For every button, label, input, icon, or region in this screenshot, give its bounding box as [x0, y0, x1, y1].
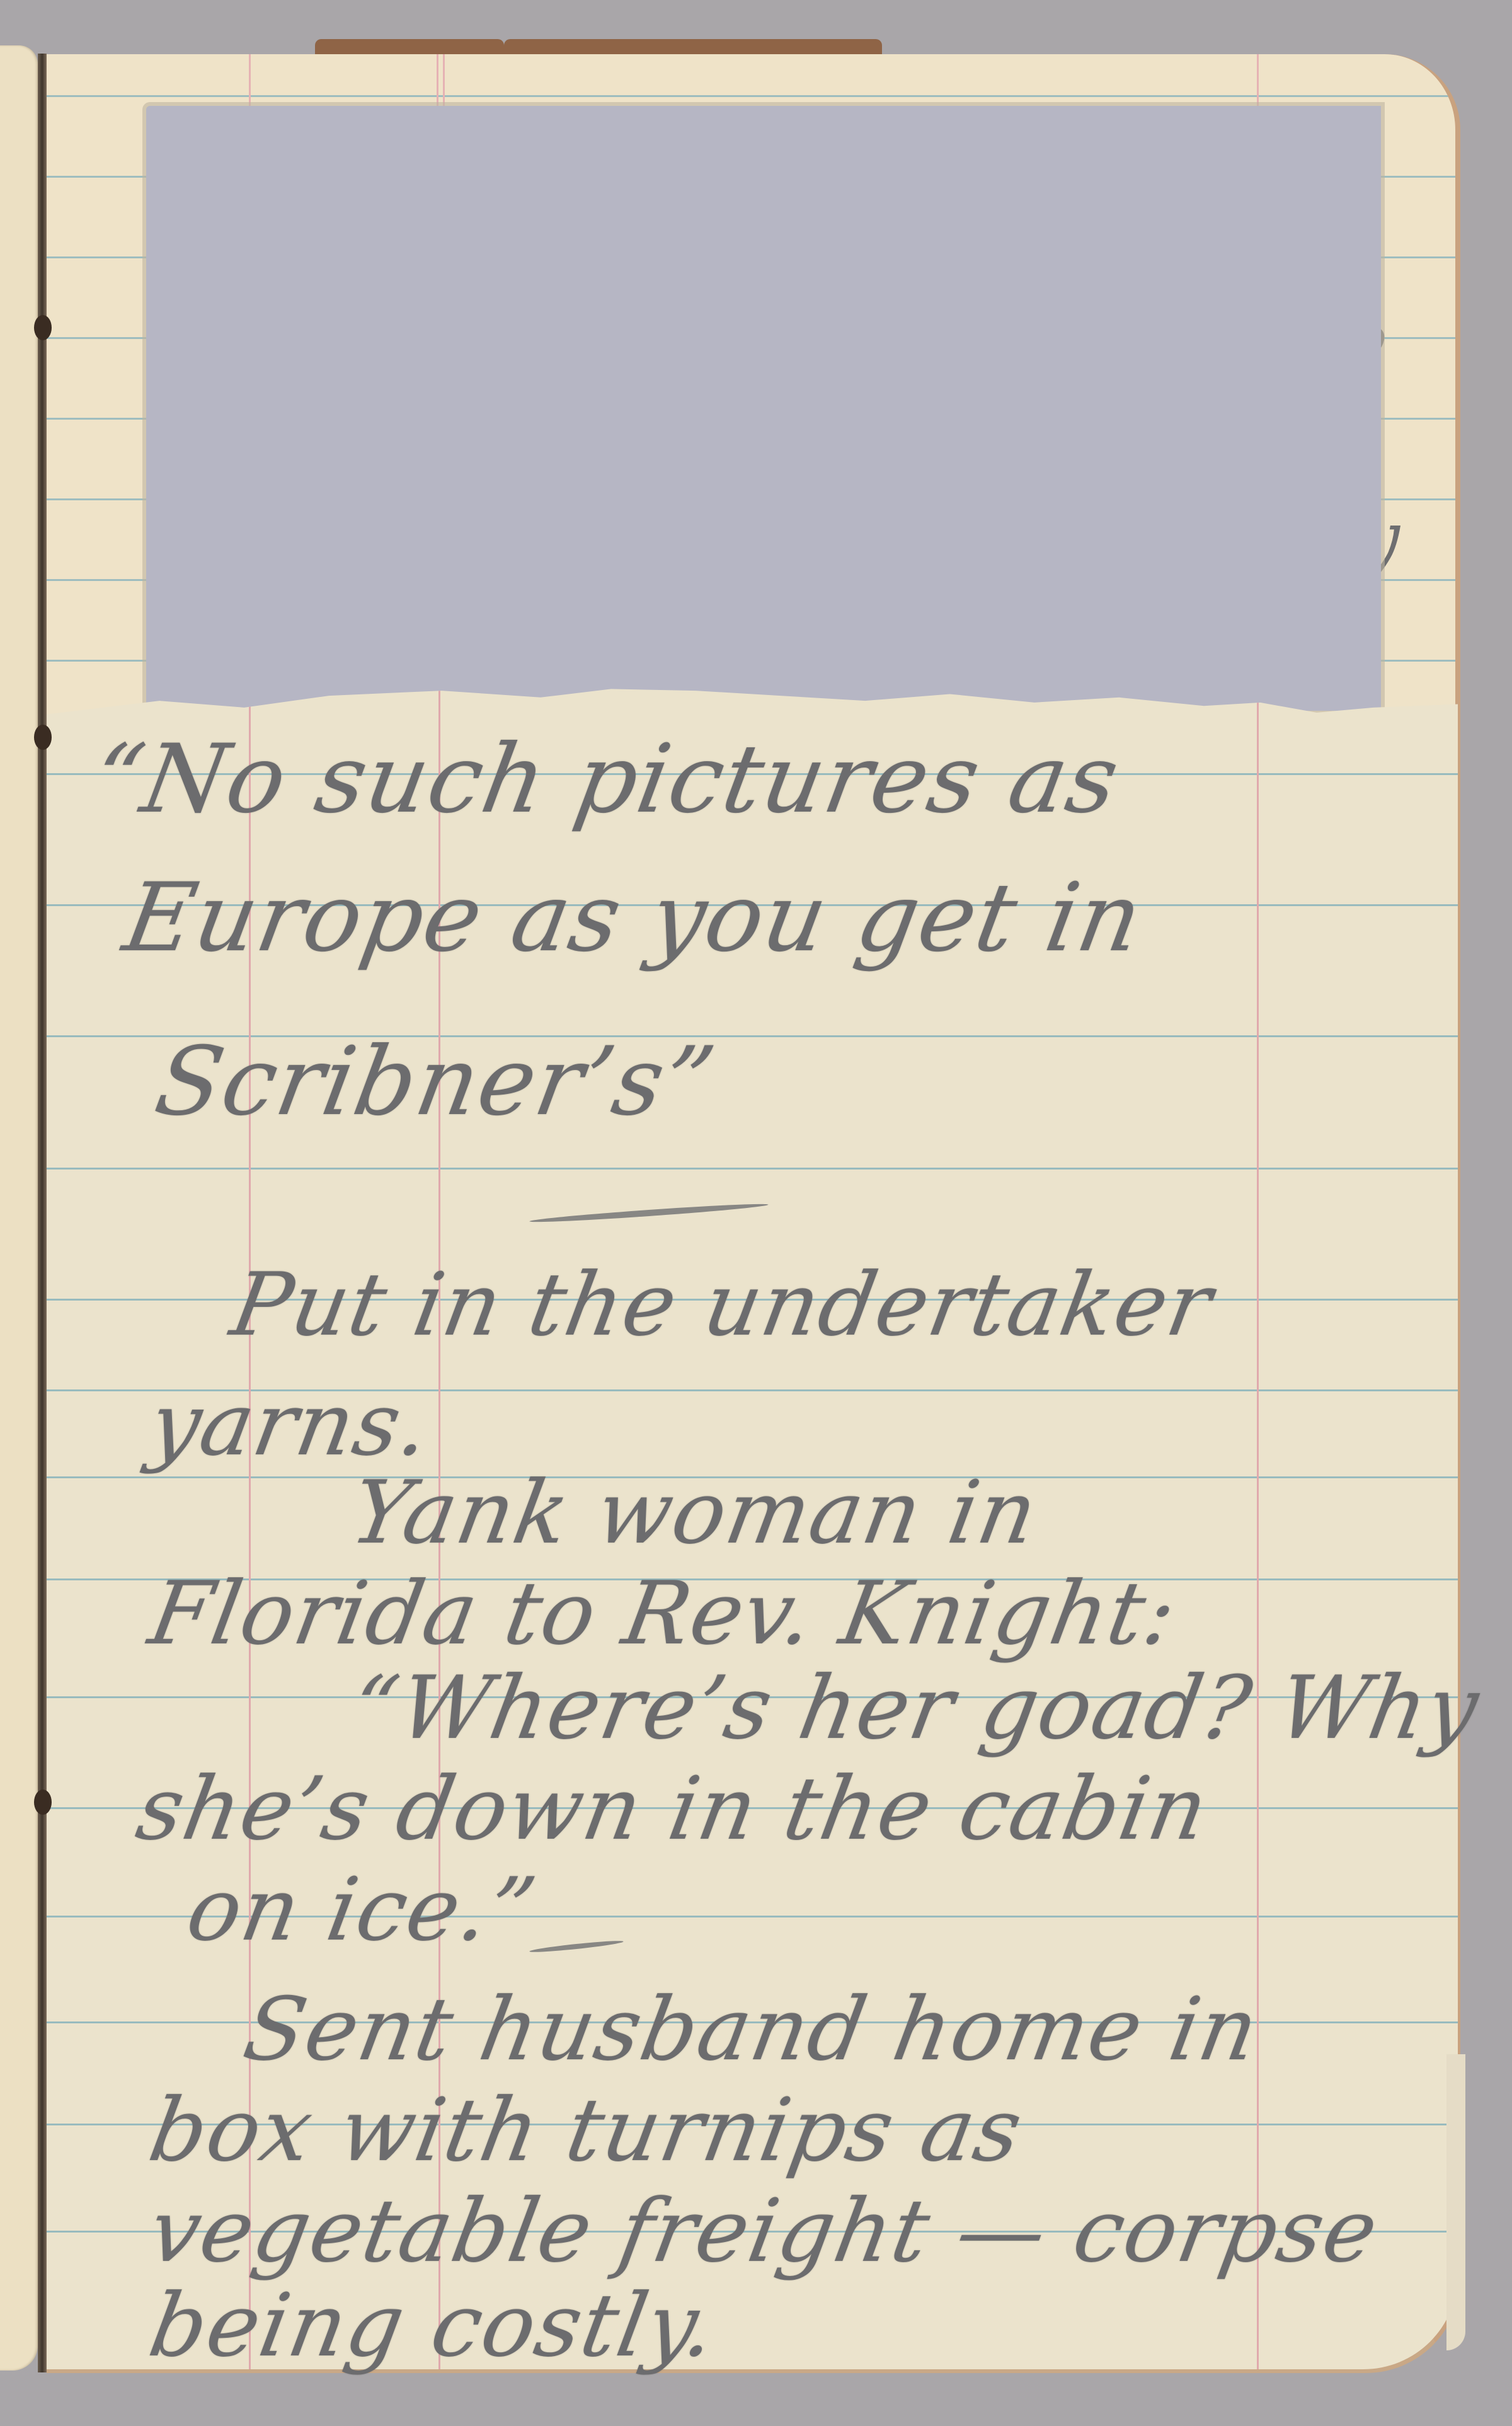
handwritten-line: “No such pictures as — [85, 725, 1128, 834]
handwritten-line: box with turnips as — [142, 2079, 1030, 2181]
page-stack-edge — [1446, 2054, 1465, 2350]
handwritten-line: she’s down in the cabin — [130, 1758, 1216, 1860]
handwritten-line: Sent husband home in — [237, 1979, 1266, 2080]
handwritten-line: yarns. — [142, 1374, 438, 1475]
handwritten-line: Europe as you get in — [117, 863, 1151, 973]
ruled-line — [47, 95, 1455, 97]
handwritten-line: Put in the undertaker — [224, 1254, 1220, 1355]
handwritten-line: being costly. — [142, 2275, 724, 2376]
margin-line — [1257, 681, 1259, 2369]
handwritten-line: on ice.” — [180, 1859, 544, 1960]
gray-insert-card — [146, 106, 1381, 711]
handwritten-line: Florida to Rev. Knight: — [142, 1563, 1185, 1664]
handwritten-line: Scribner’s” — [148, 1027, 724, 1137]
binding-gutter — [38, 54, 47, 2372]
handwritten-line: Yank woman in — [344, 1462, 1046, 1563]
binding-hole — [34, 725, 52, 750]
handwritten-line: “Where’s her goad? Why — [344, 1657, 1487, 1759]
binding-hole — [34, 1790, 52, 1815]
binding-hole — [34, 315, 52, 340]
facing-page-edge — [0, 45, 38, 2371]
handwritten-line: vegetable freight — corpse — [142, 2180, 1386, 2282]
ruled-line — [47, 1168, 1458, 1170]
